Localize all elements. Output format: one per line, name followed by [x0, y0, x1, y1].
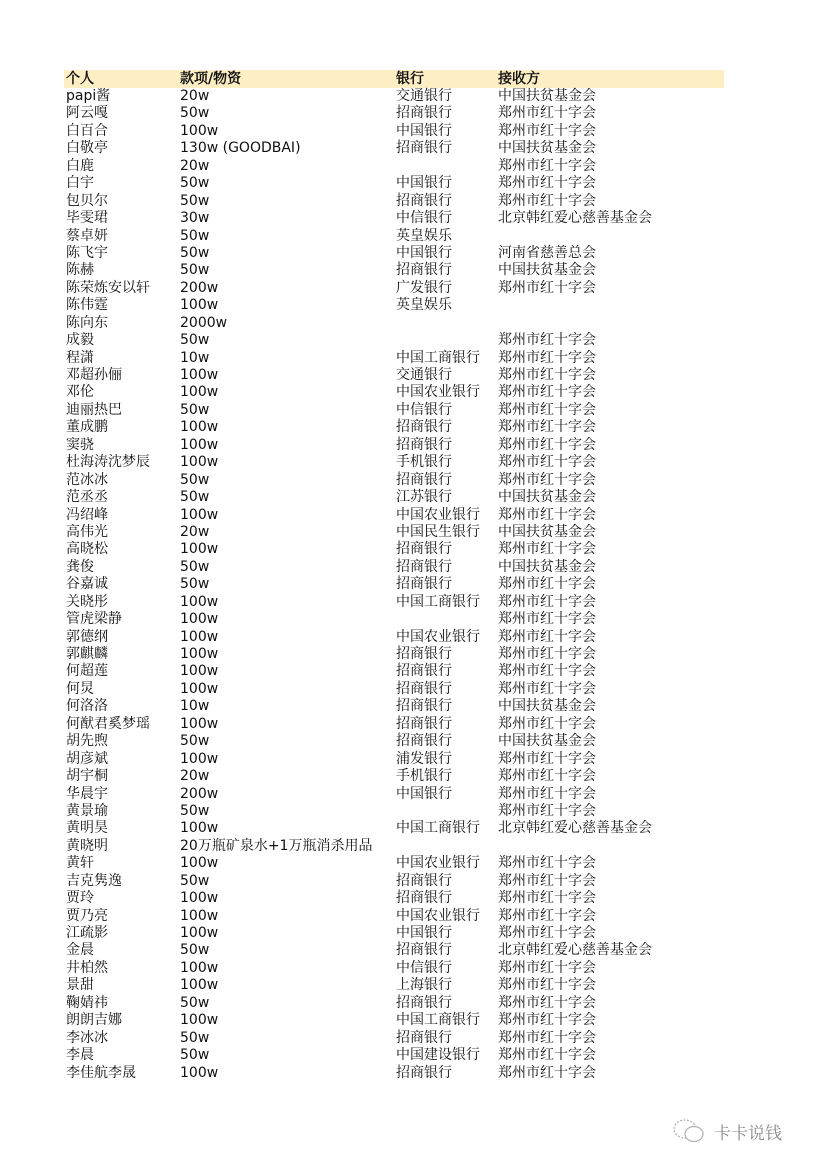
- cell-person: 程潇: [66, 350, 94, 367]
- table-row: 井柏然100w中信银行郑州市红十字会: [64, 960, 724, 977]
- cell-bank: 中信银行: [396, 402, 452, 419]
- cell-bank: 招商银行: [396, 472, 452, 489]
- cell-recipient: 河南省慈善总会: [498, 245, 596, 262]
- cell-bank: 中国工商银行: [396, 1012, 480, 1029]
- cell-recipient: 郑州市红十字会: [498, 437, 596, 454]
- cell-recipient: 郑州市红十字会: [498, 576, 596, 593]
- cell-recipient: 郑州市红十字会: [498, 454, 596, 471]
- cell-bank: 中国银行: [396, 786, 452, 803]
- cell-bank: 招商银行: [396, 716, 452, 733]
- cell-bank: 招商银行: [396, 663, 452, 680]
- cell-person: 陈荣炼安以轩: [66, 280, 150, 297]
- table-row: 包贝尔50w招商银行郑州市红十字会: [64, 193, 724, 210]
- cell-amount: 100w: [180, 123, 218, 140]
- cell-bank: 招商银行: [396, 942, 452, 959]
- cell-person: 黄明昊: [66, 820, 108, 837]
- cell-person: 高晓松: [66, 541, 108, 558]
- table-row: 白敬亭130w (GOODBAI)招商银行中国扶贫基金会: [64, 140, 724, 157]
- cell-amount: 100w: [180, 820, 218, 837]
- cell-recipient: 郑州市红十字会: [498, 629, 596, 646]
- cell-bank: 招商银行: [396, 559, 452, 576]
- header-recipient: 接收方: [498, 70, 540, 88]
- cell-amount: 20w: [180, 524, 209, 541]
- cell-recipient: 郑州市红十字会: [498, 681, 596, 698]
- cell-bank: 中信银行: [396, 210, 452, 227]
- table-row: 陈荣炼安以轩200w广发银行郑州市红十字会: [64, 280, 724, 297]
- cell-person: 冯绍峰: [66, 507, 108, 524]
- cell-bank: 中国农业银行: [396, 855, 480, 872]
- cell-amount: 100w: [180, 716, 218, 733]
- cell-amount: 100w: [180, 297, 218, 314]
- table-row: 黄明昊100w中国工商银行北京韩红爱心慈善基金会: [64, 820, 724, 837]
- cell-recipient: 郑州市红十字会: [498, 332, 596, 349]
- cell-amount: 50w: [180, 175, 209, 192]
- cell-person: 董成鹏: [66, 419, 108, 436]
- cell-bank: 招商银行: [396, 646, 452, 663]
- cell-bank: 招商银行: [396, 105, 452, 122]
- table-row: 李冰冰50w招商银行郑州市红十字会: [64, 1030, 724, 1047]
- cell-bank: 中国银行: [396, 925, 452, 942]
- table-row: 朗朗吉娜100w中国工商银行郑州市红十字会: [64, 1012, 724, 1029]
- table-row: 陈飞宇50w中国银行河南省慈善总会: [64, 245, 724, 262]
- cell-recipient: 郑州市红十字会: [498, 1065, 596, 1082]
- table-row: 金晨50w招商银行北京韩红爱心慈善基金会: [64, 942, 724, 959]
- cell-recipient: 郑州市红十字会: [498, 925, 596, 942]
- table-row: 何猷君奚梦瑶100w招商银行郑州市红十字会: [64, 716, 724, 733]
- cell-person: 谷嘉诚: [66, 576, 108, 593]
- cell-recipient: 郑州市红十字会: [498, 768, 596, 785]
- cell-bank: 中国农业银行: [396, 507, 480, 524]
- cell-amount: 200w: [180, 280, 218, 297]
- cell-bank: 招商银行: [396, 681, 452, 698]
- table-row: 杜海涛沈梦辰100w手机银行郑州市红十字会: [64, 454, 724, 471]
- cell-recipient: 郑州市红十字会: [498, 890, 596, 907]
- cell-person: 管虎梁静: [66, 611, 122, 628]
- cell-person: 陈飞宇: [66, 245, 108, 262]
- cell-recipient: 郑州市红十字会: [498, 646, 596, 663]
- table-row: 龚俊50w招商银行中国扶贫基金会: [64, 559, 724, 576]
- cell-recipient: 中国扶贫基金会: [498, 559, 596, 576]
- cell-amount: 50w: [180, 576, 209, 593]
- cell-amount: 100w: [180, 751, 218, 768]
- cell-recipient: 郑州市红十字会: [498, 158, 596, 175]
- cell-person: 毕雯珺: [66, 210, 108, 227]
- cell-bank: 中国建设银行: [396, 1047, 480, 1064]
- table-row: 贾玲100w招商银行郑州市红十字会: [64, 890, 724, 907]
- cell-person: 何洛洛: [66, 698, 108, 715]
- cell-bank: 招商银行: [396, 698, 452, 715]
- cell-person: 朗朗吉娜: [66, 1012, 122, 1029]
- cell-recipient: 郑州市红十字会: [498, 402, 596, 419]
- cell-amount: 50w: [180, 105, 209, 122]
- cell-amount: 100w: [180, 629, 218, 646]
- cell-bank: 招商银行: [396, 140, 452, 157]
- cell-person: 白敬亭: [66, 140, 108, 157]
- table-row: 程潇10w中国工商银行郑州市红十字会: [64, 350, 724, 367]
- cell-recipient: 郑州市红十字会: [498, 419, 596, 436]
- cell-amount: 100w: [180, 977, 218, 994]
- cell-amount: 50w: [180, 402, 209, 419]
- cell-bank: 广发银行: [396, 280, 452, 297]
- cell-bank: 招商银行: [396, 873, 452, 890]
- cell-amount: 10w: [180, 698, 209, 715]
- cell-recipient: 郑州市红十字会: [498, 1030, 596, 1047]
- table-row: papi酱20w交通银行中国扶贫基金会: [64, 88, 724, 105]
- cell-bank: 手机银行: [396, 454, 452, 471]
- table-row: 李佳航李晟100w招商银行郑州市红十字会: [64, 1065, 724, 1082]
- wechat-icon: [672, 1118, 706, 1144]
- table-row: 黄景瑜50w郑州市红十字会: [64, 803, 724, 820]
- cell-amount: 30w: [180, 210, 209, 227]
- cell-amount: 50w: [180, 942, 209, 959]
- cell-bank: 中国农业银行: [396, 384, 480, 401]
- cell-person: 杜海涛沈梦辰: [66, 454, 150, 471]
- cell-bank: 招商银行: [396, 995, 452, 1012]
- cell-amount: 20w: [180, 88, 209, 105]
- cell-recipient: 郑州市红十字会: [498, 786, 596, 803]
- cell-person: 包贝尔: [66, 193, 108, 210]
- cell-amount: 50w: [180, 995, 209, 1012]
- cell-recipient: 郑州市红十字会: [498, 367, 596, 384]
- cell-recipient: 北京韩红爱心慈善基金会: [498, 820, 652, 837]
- cell-amount: 100w: [180, 611, 218, 628]
- cell-bank: 招商银行: [396, 890, 452, 907]
- cell-recipient: 中国扶贫基金会: [498, 733, 596, 750]
- cell-recipient: 郑州市红十字会: [498, 1012, 596, 1029]
- cell-person: 江疏影: [66, 925, 108, 942]
- table-row: 高晓松100w招商银行郑州市红十字会: [64, 541, 724, 558]
- cell-recipient: 北京韩红爱心慈善基金会: [498, 942, 652, 959]
- cell-recipient: 郑州市红十字会: [498, 995, 596, 1012]
- header-bank: 银行: [396, 70, 424, 88]
- cell-bank: 招商银行: [396, 733, 452, 750]
- cell-bank: 手机银行: [396, 768, 452, 785]
- cell-bank: 招商银行: [396, 262, 452, 279]
- table-row: 景甜100w上海银行郑州市红十字会: [64, 977, 724, 994]
- cell-person: 贾乃亮: [66, 908, 108, 925]
- table-row: 江疏影100w中国银行郑州市红十字会: [64, 925, 724, 942]
- table-row: 黄轩100w中国农业银行郑州市红十字会: [64, 855, 724, 872]
- cell-amount: 100w: [180, 507, 218, 524]
- watermark: 卡卡说钱: [672, 1118, 782, 1144]
- cell-recipient: 郑州市红十字会: [498, 123, 596, 140]
- cell-person: 白宇: [66, 175, 94, 192]
- table-row: 关晓彤100w中国工商银行郑州市红十字会: [64, 594, 724, 611]
- cell-recipient: 郑州市红十字会: [498, 751, 596, 768]
- cell-recipient: 郑州市红十字会: [498, 350, 596, 367]
- cell-bank: 中国工商银行: [396, 820, 480, 837]
- cell-amount: 2000w: [180, 315, 227, 332]
- cell-person: 郭麒麟: [66, 646, 108, 663]
- cell-bank: 招商银行: [396, 1065, 452, 1082]
- table-row: 白鹿20w郑州市红十字会: [64, 158, 724, 175]
- cell-amount: 100w: [180, 925, 218, 942]
- cell-person: 鞠婧祎: [66, 995, 108, 1012]
- cell-recipient: 中国扶贫基金会: [498, 140, 596, 157]
- cell-amount: 50w: [180, 332, 209, 349]
- table-row: 胡宇桐20w手机银行郑州市红十字会: [64, 768, 724, 785]
- cell-bank: 中国银行: [396, 123, 452, 140]
- table-body: papi酱20w交通银行中国扶贫基金会阿云嘎50w招商银行郑州市红十字会白百合1…: [64, 88, 724, 1082]
- cell-bank: 中国农业银行: [396, 908, 480, 925]
- table-row: 鞠婧祎50w招商银行郑州市红十字会: [64, 995, 724, 1012]
- cell-recipient: 郑州市红十字会: [498, 280, 596, 297]
- cell-person: 邓超孙俪: [66, 367, 122, 384]
- cell-recipient: 郑州市红十字会: [498, 803, 596, 820]
- table-row: 白百合100w中国银行郑州市红十字会: [64, 123, 724, 140]
- cell-recipient: 郑州市红十字会: [498, 716, 596, 733]
- cell-bank: 中国工商银行: [396, 594, 480, 611]
- cell-amount: 50w: [180, 489, 209, 506]
- cell-person: 何炅: [66, 681, 94, 698]
- cell-recipient: 郑州市红十字会: [498, 977, 596, 994]
- cell-person: 何猷君奚梦瑶: [66, 716, 150, 733]
- cell-bank: 招商银行: [396, 193, 452, 210]
- table-row: 黄晓明20万瓶矿泉水+1万瓶消杀用品: [64, 838, 724, 855]
- cell-bank: 招商银行: [396, 1030, 452, 1047]
- table-row: 冯绍峰100w中国农业银行郑州市红十字会: [64, 507, 724, 524]
- cell-amount: 50w: [180, 262, 209, 279]
- table-row: 贾乃亮100w中国农业银行郑州市红十字会: [64, 908, 724, 925]
- table-row: 蔡卓妍50w英皇娱乐: [64, 228, 724, 245]
- cell-amount: 50w: [180, 873, 209, 890]
- table-row: 毕雯珺30w中信银行北京韩红爱心慈善基金会: [64, 210, 724, 227]
- table-row: 管虎梁静100w郑州市红十字会: [64, 611, 724, 628]
- table-row: 陈赫50w招商银行中国扶贫基金会: [64, 262, 724, 279]
- cell-person: 成毅: [66, 332, 94, 349]
- cell-amount: 50w: [180, 733, 209, 750]
- cell-person: 黄轩: [66, 855, 94, 872]
- cell-bank: 中国农业银行: [396, 629, 480, 646]
- cell-amount: 50w: [180, 559, 209, 576]
- donation-table: 个人 款项/物资 银行 接收方 papi酱20w交通银行中国扶贫基金会阿云嘎50…: [64, 70, 724, 1082]
- cell-recipient: 郑州市红十字会: [498, 873, 596, 890]
- cell-amount: 100w: [180, 1065, 218, 1082]
- table-row: 郭德纲100w中国农业银行郑州市红十字会: [64, 629, 724, 646]
- watermark-text: 卡卡说钱: [714, 1119, 782, 1144]
- cell-bank: 招商银行: [396, 541, 452, 558]
- cell-amount: 100w: [180, 454, 218, 471]
- cell-person: 白百合: [66, 123, 108, 140]
- cell-amount: 100w: [180, 384, 218, 401]
- cell-amount: 50w: [180, 803, 209, 820]
- cell-person: 关晓彤: [66, 594, 108, 611]
- cell-recipient: 郑州市红十字会: [498, 193, 596, 210]
- cell-amount: 130w (GOODBAI): [180, 140, 301, 157]
- cell-amount: 100w: [180, 1012, 218, 1029]
- cell-person: 白鹿: [66, 158, 94, 175]
- cell-amount: 100w: [180, 419, 218, 436]
- cell-person: 陈向东: [66, 315, 108, 332]
- cell-amount: 10w: [180, 350, 209, 367]
- cell-recipient: 郑州市红十字会: [498, 1047, 596, 1064]
- cell-recipient: 郑州市红十字会: [498, 960, 596, 977]
- cell-bank: 中国民生银行: [396, 524, 480, 541]
- cell-bank: 中国银行: [396, 245, 452, 262]
- cell-recipient: 郑州市红十字会: [498, 384, 596, 401]
- cell-recipient: 中国扶贫基金会: [498, 524, 596, 541]
- cell-bank: 中国银行: [396, 175, 452, 192]
- table-row: 何超莲100w招商银行郑州市红十字会: [64, 663, 724, 680]
- cell-amount: 100w: [180, 437, 218, 454]
- cell-recipient: 郑州市红十字会: [498, 611, 596, 628]
- cell-person: 范丞丞: [66, 489, 108, 506]
- cell-person: 陈赫: [66, 262, 94, 279]
- table-row: 华晨宇200w中国银行郑州市红十字会: [64, 786, 724, 803]
- cell-amount: 50w: [180, 228, 209, 245]
- cell-recipient: 郑州市红十字会: [498, 472, 596, 489]
- cell-person: 郭德纲: [66, 629, 108, 646]
- table-row: 阿云嘎50w招商银行郑州市红十字会: [64, 105, 724, 122]
- cell-bank: 浦发银行: [396, 751, 452, 768]
- table-row: 吉克隽逸50w招商银行郑州市红十字会: [64, 873, 724, 890]
- table-row: 邓伦100w中国农业银行郑州市红十字会: [64, 384, 724, 401]
- cell-recipient: 郑州市红十字会: [498, 175, 596, 192]
- cell-amount: 100w: [180, 855, 218, 872]
- table-row: 郭麒麟100w招商银行郑州市红十字会: [64, 646, 724, 663]
- cell-recipient: 中国扶贫基金会: [498, 698, 596, 715]
- cell-person: 贾玲: [66, 890, 94, 907]
- table-row: 何炅100w招商银行郑州市红十字会: [64, 681, 724, 698]
- cell-bank: 中信银行: [396, 960, 452, 977]
- cell-amount: 20w: [180, 158, 209, 175]
- cell-bank: 交通银行: [396, 88, 452, 105]
- cell-recipient: 郑州市红十字会: [498, 855, 596, 872]
- cell-bank: 英皇娱乐: [396, 297, 452, 314]
- cell-person: 李佳航李晟: [66, 1065, 136, 1082]
- table-row: 胡彦斌100w浦发银行郑州市红十字会: [64, 751, 724, 768]
- cell-person: 胡先煦: [66, 733, 108, 750]
- table-row: 成毅50w郑州市红十字会: [64, 332, 724, 349]
- table-row: 谷嘉诚50w招商银行郑州市红十字会: [64, 576, 724, 593]
- table-row: 董成鹏100w招商银行郑州市红十字会: [64, 419, 724, 436]
- table-row: 迪丽热巴50w中信银行郑州市红十字会: [64, 402, 724, 419]
- cell-recipient: 中国扶贫基金会: [498, 262, 596, 279]
- cell-person: papi酱: [66, 88, 110, 105]
- cell-person: 胡彦斌: [66, 751, 108, 768]
- cell-amount: 100w: [180, 908, 218, 925]
- cell-person: 迪丽热巴: [66, 402, 122, 419]
- cell-recipient: 中国扶贫基金会: [498, 88, 596, 105]
- cell-amount: 100w: [180, 960, 218, 977]
- cell-person: 李晨: [66, 1047, 94, 1064]
- cell-recipient: 郑州市红十字会: [498, 507, 596, 524]
- cell-bank: 上海银行: [396, 977, 452, 994]
- table-row: 白宇50w中国银行郑州市红十字会: [64, 175, 724, 192]
- cell-bank: 招商银行: [396, 576, 452, 593]
- cell-bank: 招商银行: [396, 419, 452, 436]
- table-row: 范丞丞50w江苏银行中国扶贫基金会: [64, 489, 724, 506]
- cell-person: 华晨宇: [66, 786, 108, 803]
- cell-person: 蔡卓妍: [66, 228, 108, 245]
- cell-amount: 50w: [180, 245, 209, 262]
- cell-amount: 200w: [180, 786, 218, 803]
- cell-person: 景甜: [66, 977, 94, 994]
- cell-bank: 英皇娱乐: [396, 228, 452, 245]
- cell-person: 金晨: [66, 942, 94, 959]
- cell-amount: 100w: [180, 890, 218, 907]
- table-row: 窦骁100w招商银行郑州市红十字会: [64, 437, 724, 454]
- cell-person: 窦骁: [66, 437, 94, 454]
- table-row: 陈伟霆100w英皇娱乐: [64, 297, 724, 314]
- cell-recipient: 郑州市红十字会: [498, 663, 596, 680]
- donation-sheet: 个人 款项/物资 银行 接收方 papi酱20w交通银行中国扶贫基金会阿云嘎50…: [0, 0, 817, 1166]
- cell-recipient: 中国扶贫基金会: [498, 489, 596, 506]
- table-row: 范冰冰50w招商银行郑州市红十字会: [64, 472, 724, 489]
- table-row: 何洛洛10w招商银行中国扶贫基金会: [64, 698, 724, 715]
- cell-bank: 中国工商银行: [396, 350, 480, 367]
- cell-amount: 100w: [180, 681, 218, 698]
- cell-amount: 50w: [180, 1030, 209, 1047]
- header-amount: 款项/物资: [180, 70, 241, 88]
- cell-amount: 100w: [180, 646, 218, 663]
- cell-bank: 招商银行: [396, 437, 452, 454]
- cell-recipient: 郑州市红十字会: [498, 908, 596, 925]
- cell-bank: 交通银行: [396, 367, 452, 384]
- cell-person: 龚俊: [66, 559, 94, 576]
- cell-person: 高伟光: [66, 524, 108, 541]
- cell-amount: 20w: [180, 768, 209, 785]
- cell-amount: 100w: [180, 663, 218, 680]
- cell-person: 邓伦: [66, 384, 94, 401]
- cell-amount: 100w: [180, 367, 218, 384]
- table-header: 个人 款项/物资 银行 接收方: [64, 70, 724, 88]
- cell-person: 范冰冰: [66, 472, 108, 489]
- cell-bank: 江苏银行: [396, 489, 452, 506]
- cell-amount: 50w: [180, 193, 209, 210]
- cell-person: 阿云嘎: [66, 105, 108, 122]
- cell-person: 李冰冰: [66, 1030, 108, 1047]
- cell-recipient: 郑州市红十字会: [498, 105, 596, 122]
- cell-person: 黄晓明: [66, 838, 108, 855]
- cell-person: 陈伟霆: [66, 297, 108, 314]
- cell-person: 井柏然: [66, 960, 108, 977]
- header-person: 个人: [66, 70, 94, 88]
- cell-amount: 20万瓶矿泉水+1万瓶消杀用品: [180, 838, 372, 855]
- table-row: 李晨50w中国建设银行郑州市红十字会: [64, 1047, 724, 1064]
- table-row: 陈向东2000w: [64, 315, 724, 332]
- cell-recipient: 北京韩红爱心慈善基金会: [498, 210, 652, 227]
- cell-amount: 100w: [180, 594, 218, 611]
- cell-person: 黄景瑜: [66, 803, 108, 820]
- cell-recipient: 郑州市红十字会: [498, 594, 596, 611]
- cell-person: 吉克隽逸: [66, 873, 122, 890]
- cell-recipient: 郑州市红十字会: [498, 541, 596, 558]
- table-row: 邓超孙俪100w交通银行郑州市红十字会: [64, 367, 724, 384]
- table-row: 胡先煦50w招商银行中国扶贫基金会: [64, 733, 724, 750]
- table-row: 高伟光20w中国民生银行中国扶贫基金会: [64, 524, 724, 541]
- cell-amount: 50w: [180, 472, 209, 489]
- cell-amount: 100w: [180, 541, 218, 558]
- cell-amount: 50w: [180, 1047, 209, 1064]
- cell-person: 胡宇桐: [66, 768, 108, 785]
- cell-person: 何超莲: [66, 663, 108, 680]
